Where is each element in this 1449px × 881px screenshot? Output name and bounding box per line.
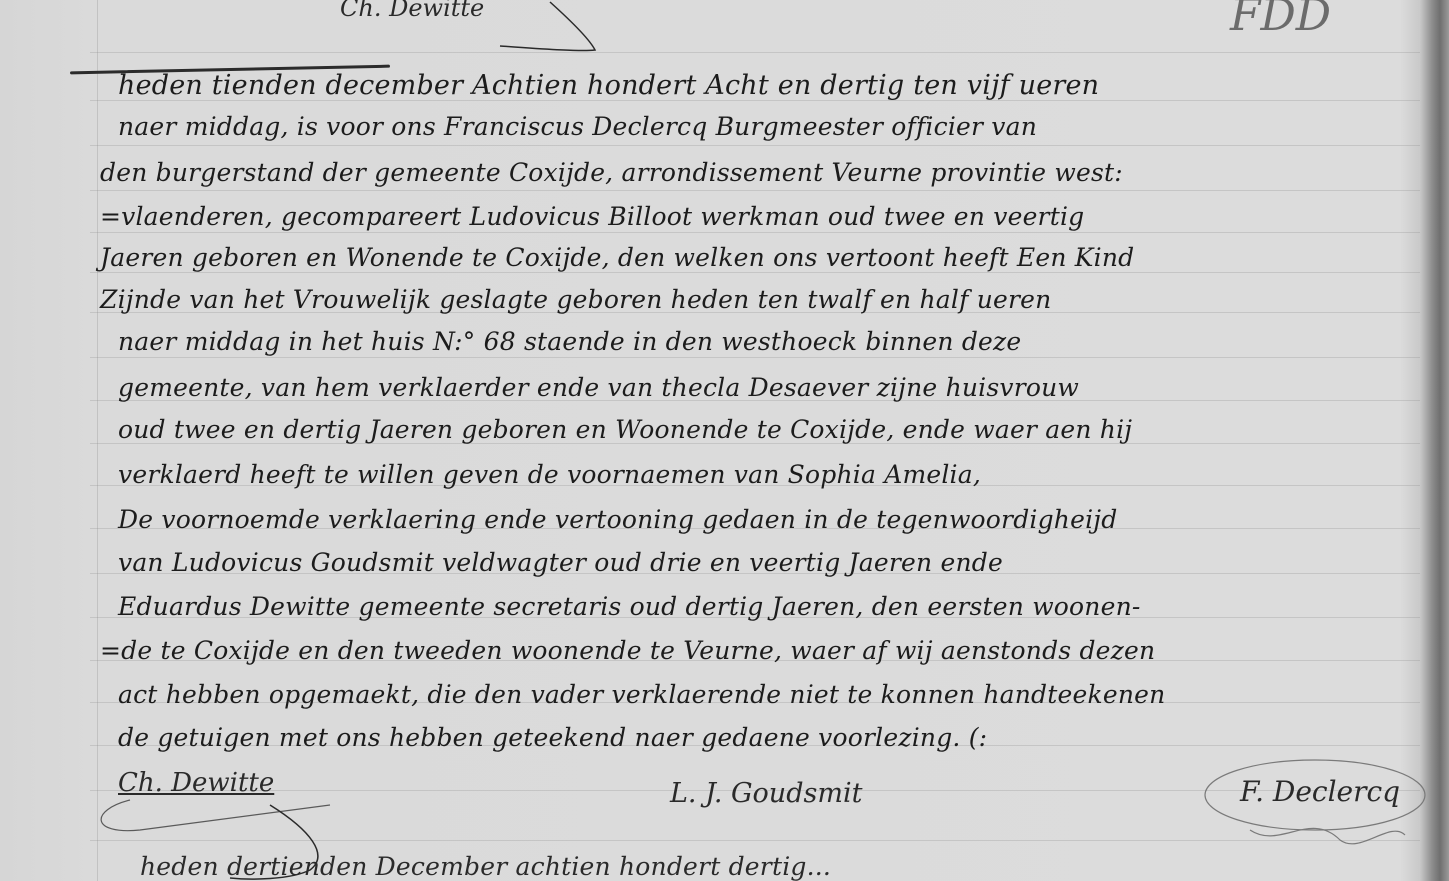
text-line-7: naer middag in het huis N:° 68 staende i… [118,327,1021,356]
text-line-11: De voornoemde verklaering ende vertoonin… [118,505,1117,534]
previous-entry-signature: Ch. Dewitte [340,0,484,22]
top-right-paraph: FDD [1230,0,1331,41]
signature-declercq: F. Declercq [1240,775,1400,808]
ruled-line [90,190,1420,191]
text-line-2: naer middag, is voor ons Franciscus Decl… [118,112,1037,141]
text-line-14: =de te Coxijde en den tweeden woonende t… [100,636,1155,665]
text-line-3: den burgerstand der gemeente Coxijde, ar… [100,158,1123,187]
text-line-4: =vlaenderen, gecompareert Ludovicus Bill… [100,202,1084,231]
ruled-line [90,52,1420,53]
margin-line [97,0,98,881]
register-page: Ch. Dewitte FDD heden tienden december A… [0,0,1449,881]
text-line-1: heden tienden december Achtien hondert A… [118,70,1099,101]
text-line-12: van Ludovicus Goudsmit veldwagter oud dr… [118,548,1003,577]
ruled-line [90,840,1420,841]
signature-goudsmit: L. J. Goudsmit [670,778,862,809]
text-line-8: gemeente, van hem verklaerder ende van t… [118,373,1079,402]
text-line-16: de getuigen met ons hebben geteekend nae… [118,723,987,752]
ruled-line [90,232,1420,233]
ruled-line [90,145,1420,146]
text-line-10: verklaerd heeft te willen geven de voorn… [118,460,981,489]
text-line-6: Zijnde van het Vrouwelijk geslagte gebor… [100,285,1051,314]
ruled-line [90,272,1420,273]
text-line-9: oud twee en dertig Jaeren geboren en Woo… [118,415,1132,444]
text-line-13: Eduardus Dewitte gemeente secretaris oud… [118,592,1141,621]
ruled-line [90,357,1420,358]
text-line-15: act hebben opgemaekt, die den vader verk… [118,680,1165,709]
text-line-5: Jaeren geboren en Wonende te Coxijde, de… [100,243,1134,272]
next-entry-fragment: heden dertienden December achtien honder… [140,852,831,881]
signature-dewitte: Ch. Dewitte [118,768,274,798]
